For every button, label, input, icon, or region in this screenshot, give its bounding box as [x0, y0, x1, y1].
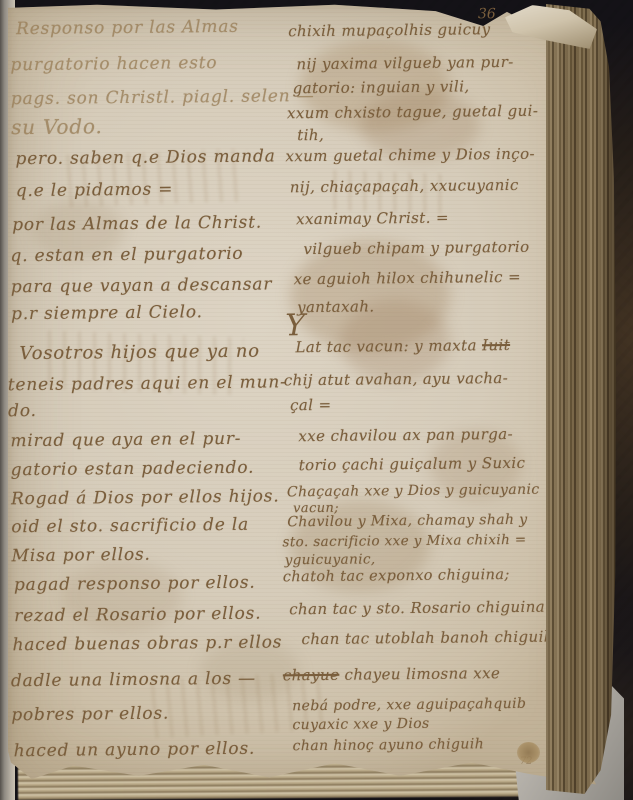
manuscript-line: chixih mupaçolhis guicuy: [288, 20, 491, 40]
manuscript-line: por las Almas de la Christ.: [12, 213, 262, 236]
manuscript-line: gatorio estan padeciendo.: [11, 458, 255, 481]
manuscript-line: chan tac utoblah banoh chiguih: [301, 628, 553, 649]
manuscript-line: tih,: [297, 126, 324, 144]
manuscript-line: teneis padres aqui en el mun-: [8, 372, 287, 395]
manuscript-line: chan tac y sto. Rosario chiguina: [289, 598, 545, 619]
manuscript-line: pagad responso por ellos.: [14, 573, 256, 596]
manuscript-line: xxanimay Christ. =: [296, 209, 449, 229]
manuscript-line: Lat tac vacun: y maxta Iuit: [295, 336, 510, 356]
manuscript-line: chan hinoç ayuno chiguih: [293, 736, 485, 754]
manuscript-line: nij, chiaçapaçah, xxucuyanic: [290, 176, 519, 196]
manuscript-line: yguicuyanic,: [285, 551, 376, 568]
manuscript-line: haced un ayuno por ellos.: [14, 739, 256, 762]
manuscript-line: gatorio: inguian y vili,: [293, 77, 470, 97]
manuscript-line: torio çachi guiçalum y Suxic: [299, 454, 526, 474]
struck-word: Iuit: [482, 336, 510, 354]
struck-word: chayue: [283, 666, 340, 685]
manuscript-line: xxum guetal chime y Dios inço-: [285, 145, 535, 166]
manuscript-line: dadle una limosna a los —: [11, 669, 256, 692]
line-text: Lat tac vacun: y maxta: [295, 336, 477, 356]
manuscript-line: çal =: [290, 396, 332, 414]
manuscript-line: su Vodo.: [11, 114, 103, 139]
manuscript-line: para que vayan a descansar: [11, 274, 273, 297]
manuscript-line: Misa por ellos.: [12, 545, 151, 566]
manuscript-line: Rogad á Dios por ellos hijos.: [11, 486, 280, 509]
manuscript-line: vilgueb chipam y purgatorio: [303, 238, 529, 258]
manuscript-line: p.r siempre al Cielo.: [11, 302, 203, 324]
manuscript-line: chayue chayeu limosna xxe: [283, 664, 500, 684]
manuscript-line: nij yaxima vilgueb yan pur-: [296, 53, 513, 73]
manuscript-line: Chaçaçah xxe y Dios y guicuyanic: [287, 482, 540, 501]
manuscript-line: mirad que aya en el pur-: [10, 429, 241, 451]
manuscript-line: yantaxah.: [297, 297, 375, 316]
book-fore-edge: [546, 4, 616, 794]
manuscript-line: sto. sacrificio xxe y Mixa chixih =: [282, 532, 526, 551]
manuscript-line: pero. saben q.e Dios manda: [15, 146, 275, 169]
manuscript-photo: 36 72 Y Responso por las Almas purgatori…: [0, 0, 633, 800]
handwriting-layer: 36 72 Y Responso por las Almas purgatori…: [0, 0, 633, 800]
manuscript-line: oid el sto. sacrificio de la: [11, 515, 249, 537]
manuscript-line: do.: [8, 401, 37, 421]
manuscript-line: rezad el Rosario por ellos.: [14, 604, 261, 627]
manuscript-line: haced buenas obras p.r ellos: [12, 632, 282, 655]
manuscript-line: Chavilou y Mixa, chamay shah y: [287, 512, 527, 531]
manuscript-line: pobres por ellos.: [11, 704, 169, 726]
manuscript-line: xxum chxisto tague, guetal gui-: [287, 102, 538, 123]
manuscript-line: xxe chavilou ax pan purga-: [298, 425, 513, 445]
line-text: chayeu limosna xxe: [344, 664, 500, 684]
manuscript-line: cuyaxic xxe y Dios: [292, 716, 429, 733]
manuscript-line: chij atut avahan, ayu vacha-: [284, 369, 509, 389]
manuscript-line: Responso por las Almas: [16, 17, 239, 39]
manuscript-line: q.e le pidamos =: [16, 179, 174, 201]
manuscript-line: q. estan en el purgatorio: [10, 244, 243, 266]
manuscript-line: chatoh tac exponxo chiguina;: [283, 567, 510, 585]
manuscript-line: purgatorio hacen esto: [10, 53, 217, 75]
manuscript-line: Vosotros hijos que ya no: [19, 341, 260, 365]
manuscript-line: nebá podre, xxe aguipaçahquib: [292, 696, 526, 714]
manuscript-line: xe aguioh hilox chihunelic =: [294, 268, 522, 288]
stain: [517, 742, 540, 763]
manuscript-line: pags. son Christl. piagl. selen —: [11, 86, 315, 109]
